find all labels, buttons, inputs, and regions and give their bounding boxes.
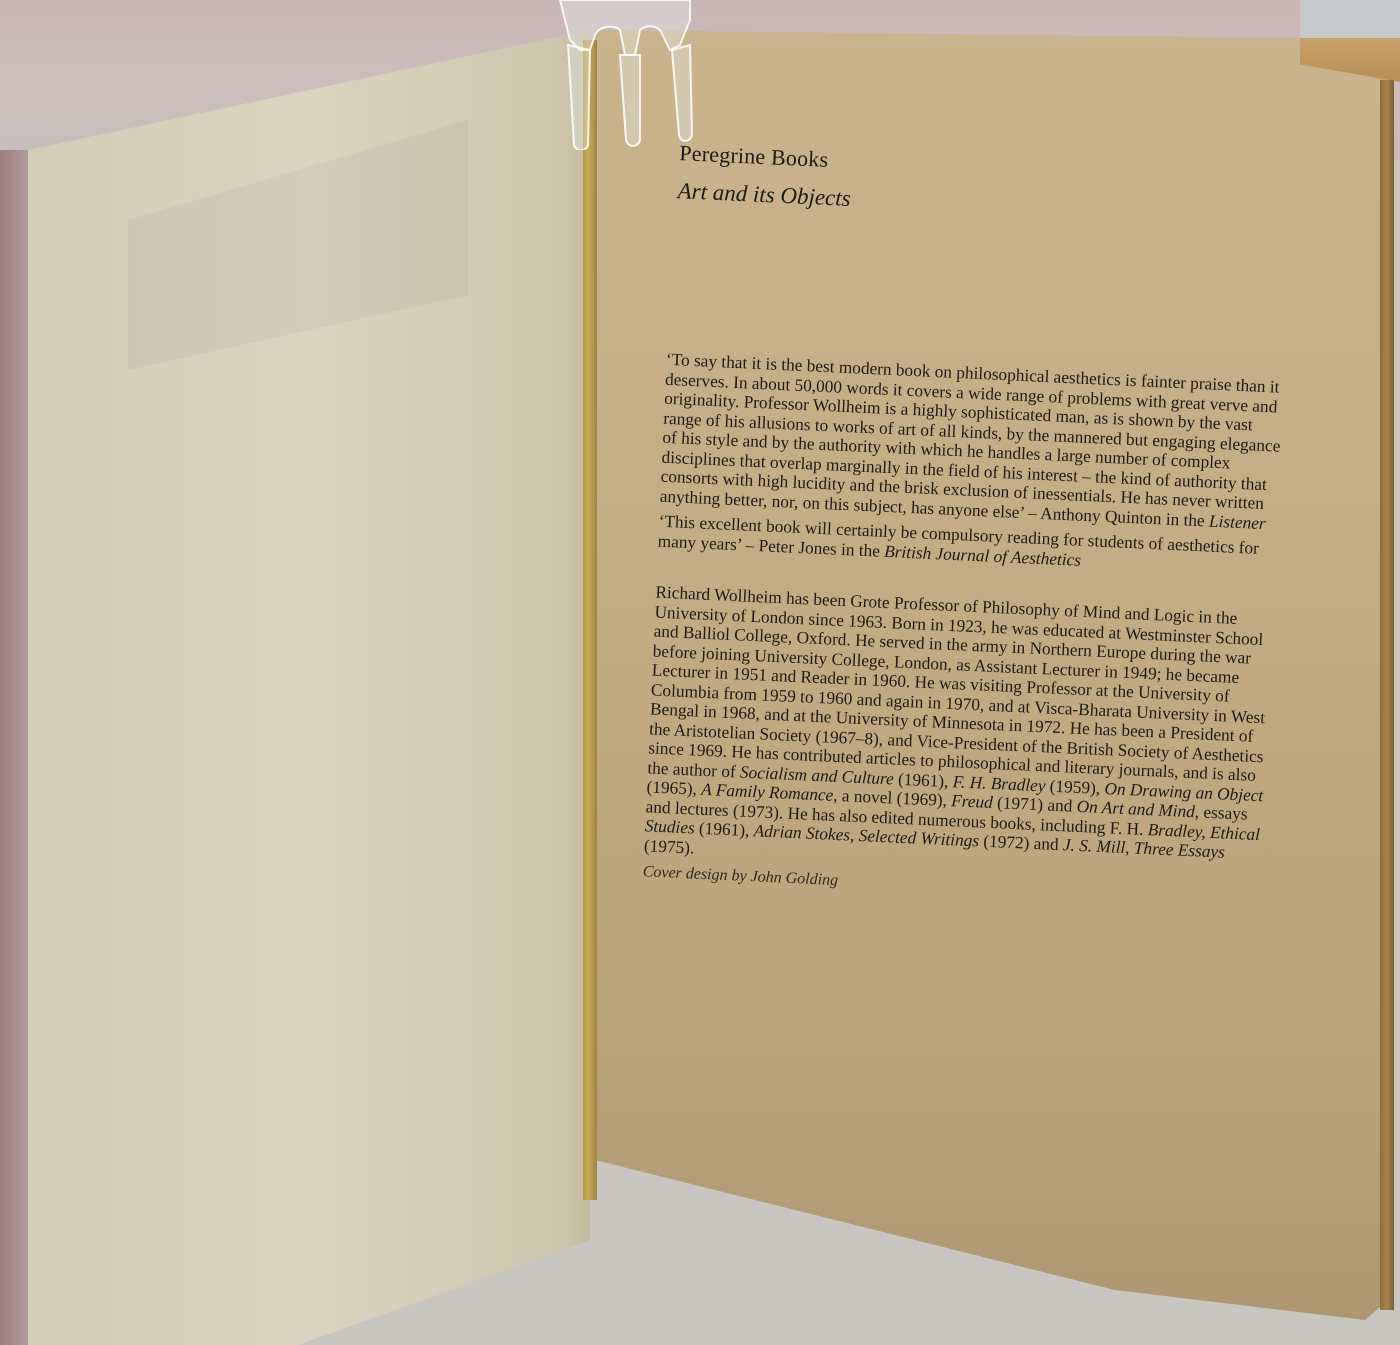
book-gutter [583, 40, 597, 1200]
quote-quinton-text: ‘To say that it is the best modern book … [659, 350, 1280, 530]
author-biography: Richard Wollheim has been Grote Professo… [644, 583, 1276, 884]
bio-text-segment: (1972) and [979, 831, 1064, 854]
left-endpaper-page [28, 0, 600, 1345]
show-through-cover-print [128, 120, 468, 370]
quote-quinton: ‘To say that it is the best modern book … [659, 350, 1285, 534]
bio-text-segment: (1961), [694, 819, 754, 841]
review-quotes: ‘To say that it is the best modern book … [657, 350, 1285, 579]
page-block-fore-edge [1380, 80, 1394, 1310]
italic-work-title: Freud [951, 791, 993, 812]
page-text-block: Peregrine Books Art and its Objects ‘To … [642, 140, 1295, 909]
cover-edge [0, 150, 30, 1345]
bio-text-segment: (1965), [646, 777, 702, 798]
bio-text-segment: (1959), [1045, 776, 1105, 798]
quote-quinton-source: Listener [1209, 511, 1266, 533]
plastic-page-clip [540, 0, 700, 150]
bio-text: Richard Wollheim has been Grote Professo… [647, 583, 1265, 785]
bio-text-segment: (1961), [893, 769, 953, 791]
bio-text-segment: (1975). [644, 836, 695, 857]
